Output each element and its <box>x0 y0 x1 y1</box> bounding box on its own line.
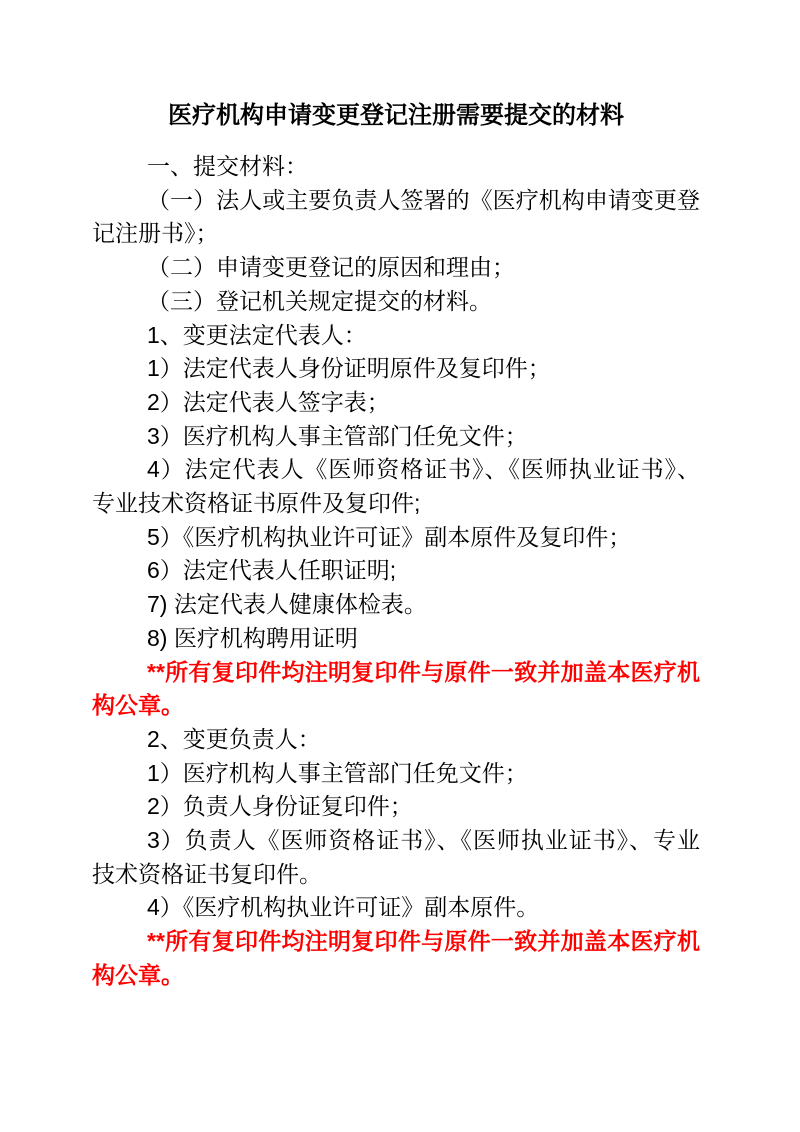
body-paragraph: 1）医疗机构人事主管部门任免文件； <box>92 757 700 791</box>
body-paragraph: 5）《医疗机构执业许可证》副本原件及复印件； <box>92 521 700 555</box>
body-paragraph: （三）登记机关规定提交的材料。 <box>92 285 700 319</box>
body-paragraph: 3）负责人《医师资格证书》、《医师执业证书》、专业技术资格证书复印件。 <box>92 824 700 891</box>
body-paragraph: 7) 法定代表人健康体检表。 <box>92 588 700 622</box>
body-paragraph: 1、变更法定代表人： <box>92 319 700 353</box>
body-paragraph: 8) 医疗机构聘用证明 <box>92 622 700 656</box>
body-paragraph: 2、变更负责人： <box>92 723 700 757</box>
document-title: 医疗机构申请变更登记注册需要提交的材料 <box>92 98 700 134</box>
body-paragraph: 3）医疗机构人事主管部门任免文件； <box>92 420 700 454</box>
body-paragraph: 4）《医疗机构执业许可证》副本原件。 <box>92 891 700 925</box>
notice-paragraph: **所有复印件均注明复印件与原件一致并加盖本医疗机构公章。 <box>92 925 700 992</box>
body-paragraph: （一）法人或主要负责人签署的《医疗机构申请变更登记注册书》； <box>92 184 700 251</box>
body-paragraph: 一、提交材料： <box>92 150 700 184</box>
body-paragraph: 1）法定代表人身份证明原件及复印件； <box>92 352 700 386</box>
document-body: 一、提交材料：（一）法人或主要负责人签署的《医疗机构申请变更登记注册书》；（二）… <box>92 150 700 993</box>
body-paragraph: （二）申请变更登记的原因和理由； <box>92 251 700 285</box>
document-page: 医疗机构申请变更登记注册需要提交的材料 一、提交材料：（一）法人或主要负责人签署… <box>0 0 800 1132</box>
body-paragraph: 2）法定代表人签字表； <box>92 386 700 420</box>
notice-paragraph: **所有复印件均注明复印件与原件一致并加盖本医疗机构公章。 <box>92 656 700 723</box>
body-paragraph: 6）法定代表人任职证明; <box>92 554 700 588</box>
body-paragraph: 4）法定代表人《医师资格证书》、《医师执业证书》、专业技术资格证书原件及复印件; <box>92 453 700 520</box>
body-paragraph: 2）负责人身份证复印件； <box>92 790 700 824</box>
